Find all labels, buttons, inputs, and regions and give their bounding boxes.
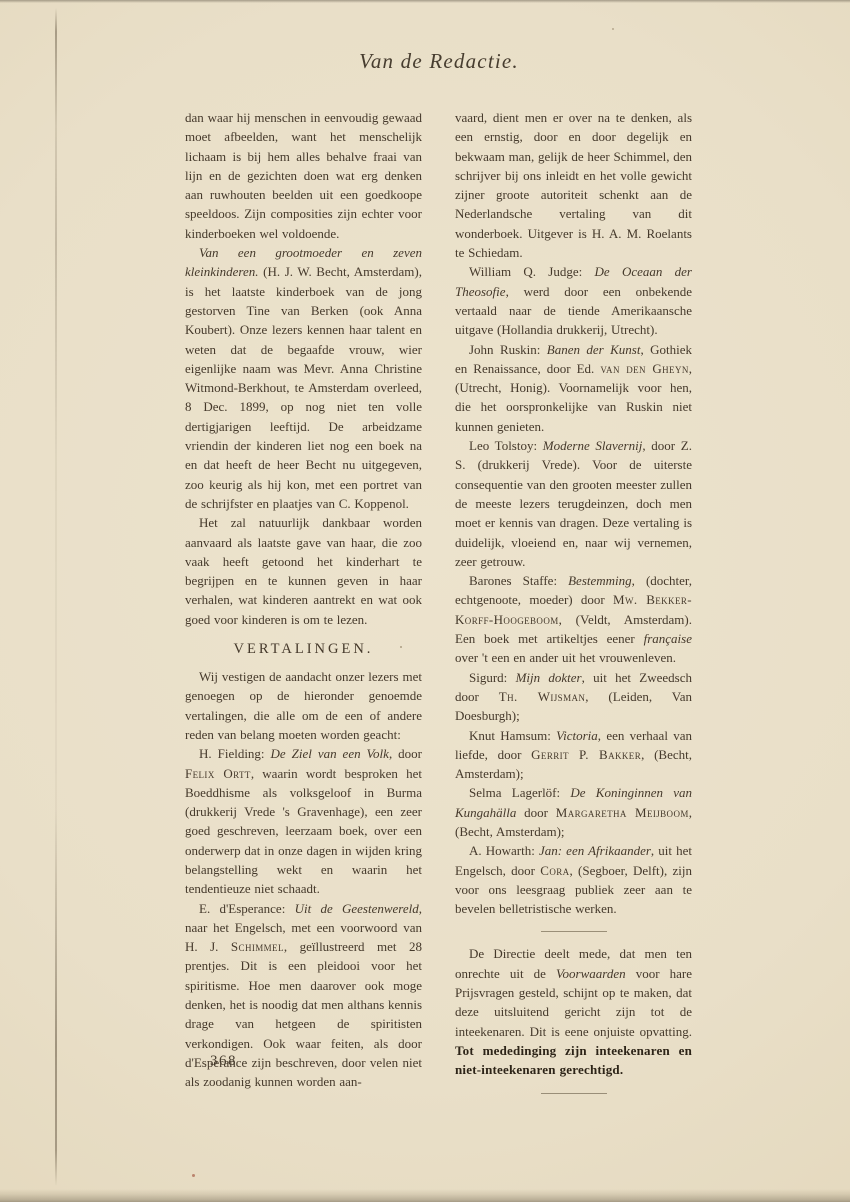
paragraph: Sigurd: Mijn dokter, uit het Zweedsch do…	[455, 668, 692, 726]
paragraph: Wij vestigen de aandacht onzer lezers me…	[185, 667, 422, 744]
paragraph: De Directie deelt mede, dat men ten onre…	[455, 944, 692, 1079]
text-segment: Th. Wijsman	[499, 689, 586, 704]
text-segment: Gerrit P. Bakker	[531, 747, 641, 762]
section-divider	[541, 1093, 607, 1094]
paragraph: Leo Tolstoy: Moderne Slavernij, door Z. …	[455, 436, 692, 571]
text-segment: (H. J. W. Becht, Amsterdam), is het laat…	[185, 264, 422, 511]
paragraph: dan waar hij menschen in eenvoudig gewaa…	[185, 108, 422, 243]
section-divider	[541, 931, 607, 932]
text-segment: Banen der Kunst	[547, 342, 641, 357]
paragraph: H. Fielding: De Ziel van een Volk, door …	[185, 744, 422, 898]
text-segment: H. Fielding:	[199, 746, 271, 761]
paragraph: Selma Lagerlöf: De Koninginnen van Kunga…	[455, 783, 692, 841]
text-segment: Selma Lagerlöf:	[469, 785, 570, 800]
text-segment: , door	[389, 746, 422, 761]
scanned-book-page: Van de Redactie. dan waar hij menschen i…	[0, 0, 850, 1202]
text-segment: , waarin wordt besproken het Boeddhisme …	[185, 766, 422, 897]
text-segment: E. d'Esperance:	[199, 901, 295, 916]
text-segment: , door Z. S. (drukkerij Vrede). Voor de …	[455, 438, 692, 569]
text-segment: Cora	[540, 863, 569, 878]
text-segment: Margaretha Meijboom	[556, 805, 689, 820]
text-segment: Het zal natuurlijk dankbaar worden aanva…	[185, 515, 422, 626]
right-column: vaard, dient men er over na te denken, a…	[455, 108, 692, 1106]
text-segment: française	[644, 631, 692, 646]
text-segment: Schimmel	[231, 939, 284, 954]
text-segment: William Q. Judge:	[469, 264, 595, 279]
text-segment: Felix Ortt	[185, 766, 251, 781]
text-columns: dan waar hij menschen in eenvoudig gewaa…	[185, 108, 693, 1106]
text-segment: Sigurd:	[469, 670, 516, 685]
text-segment: Moderne Slavernij	[543, 438, 643, 453]
text-segment: Victoria	[556, 728, 598, 743]
text-segment: van den Gheyn	[600, 361, 688, 376]
text-segment: Uit de Geestenwereld	[295, 901, 419, 916]
text-segment: vaard, dient men er over na te denken, a…	[455, 110, 692, 260]
text-segment: De Ziel van een Volk	[271, 746, 389, 761]
paragraph: John Ruskin: Banen der Kunst, Gothiek en…	[455, 340, 692, 436]
page-crease-line	[55, 8, 57, 1186]
paragraph: Van een grootmoeder en zeven kleinkinder…	[185, 243, 422, 513]
text-segment: Wij vestigen de aandacht onzer lezers me…	[185, 669, 422, 742]
text-segment: Knut Hamsum:	[469, 728, 556, 743]
text-segment: Bestemming	[568, 573, 632, 588]
text-segment: dan waar hij menschen in eenvoudig gewaa…	[185, 110, 422, 241]
paragraph: A. Howarth: Jan: een Afrikaander, uit he…	[455, 841, 692, 918]
text-segment: Tot mededinging zijn inteekenaren en nie…	[455, 1043, 692, 1077]
page-bottom-edge	[0, 1189, 850, 1202]
page-number: 368	[210, 1053, 237, 1070]
paragraph: Het zal natuurlijk dankbaar worden aanva…	[185, 513, 422, 629]
page-title: Van de Redactie.	[185, 49, 693, 74]
text-segment: door	[516, 805, 555, 820]
text-segment: Leo Tolstoy:	[469, 438, 543, 453]
page-top-edge	[0, 0, 850, 3]
text-segment: John Ruskin:	[469, 342, 547, 357]
text-segment: Barones Staffe:	[469, 573, 568, 588]
paragraph: Knut Hamsum: Victoria, een verhaal van l…	[455, 726, 692, 784]
text-segment: over 't een en ander uit het vrouwenleve…	[455, 650, 676, 665]
paper-speck	[612, 28, 614, 30]
text-segment: Voorwaarden	[556, 966, 626, 981]
paragraph: William Q. Judge: De Oceaan der Theosofi…	[455, 262, 692, 339]
left-column: dan waar hij menschen in eenvoudig gewaa…	[185, 108, 422, 1106]
text-segment: A. Howarth:	[469, 843, 539, 858]
section-heading: VERTALINGEN.	[185, 641, 422, 658]
text-segment: Jan: een Afrikaander	[539, 843, 651, 858]
text-segment: Mijn dokter	[516, 670, 582, 685]
paragraph: vaard, dient men er over na te denken, a…	[455, 108, 692, 262]
paper-speck	[192, 1174, 195, 1177]
paragraph: Barones Staffe: Bestemming, (dochter, ec…	[455, 571, 692, 667]
